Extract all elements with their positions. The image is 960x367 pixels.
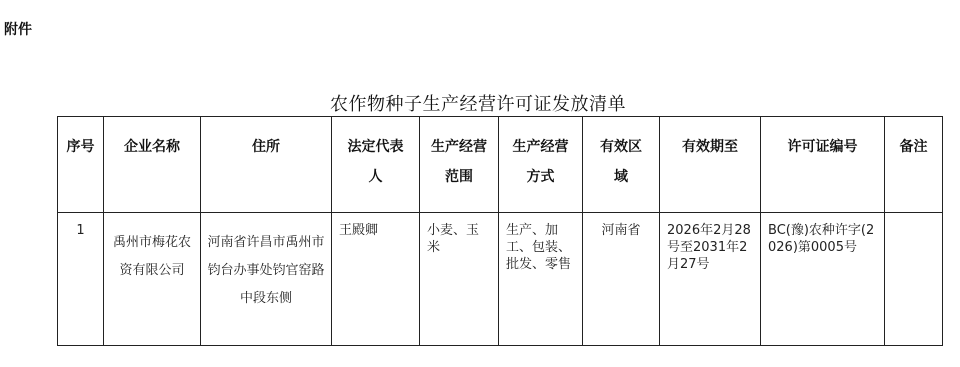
col-header-index: 序号 xyxy=(58,117,104,213)
cell-address: 河南省许昌市禹州市钧台办事处钧官窑路中段东侧 xyxy=(201,213,332,346)
cell-legal-rep: 王殿卿 xyxy=(332,213,420,346)
col-header-address: 住所 xyxy=(201,117,332,213)
col-header-legal-rep: 法定代表 人 xyxy=(332,117,420,213)
col-header-mode: 生产经营 方式 xyxy=(499,117,583,213)
table-header-row: 序号 企业名称 住所 法定代表 人 生产经营 范围 生产经营 方式 有效区 域 … xyxy=(58,117,943,213)
license-table: 序号 企业名称 住所 法定代表 人 生产经营 范围 生产经营 方式 有效区 域 … xyxy=(57,116,943,346)
cell-region: 河南省 xyxy=(583,213,660,346)
cell-company: 禹州市梅花农资有限公司 xyxy=(104,213,201,346)
attachment-label: 附件 xyxy=(4,19,32,39)
col-header-license-no: 许可证编号 xyxy=(761,117,885,213)
col-header-valid-until: 有效期至 xyxy=(660,117,761,213)
document-title: 农作物种子生产经营许可证发放清单 xyxy=(330,90,670,116)
col-header-remarks: 备注 xyxy=(885,117,943,213)
cell-license-no: BC(豫)农种许字(2026)第0005号 xyxy=(761,213,885,346)
col-header-scope: 生产经营 范围 xyxy=(420,117,499,213)
cell-scope: 小麦、玉米 xyxy=(420,213,499,346)
cell-valid-until: 2026年2月28号至2031年2月27号 xyxy=(660,213,761,346)
cell-index: 1 xyxy=(58,213,104,346)
col-header-company: 企业名称 xyxy=(104,117,201,213)
cell-remarks xyxy=(885,213,943,346)
col-header-region: 有效区 域 xyxy=(583,117,660,213)
table-row: 1 禹州市梅花农资有限公司 河南省许昌市禹州市钧台办事处钧官窑路中段东侧 王殿卿… xyxy=(58,213,943,346)
cell-mode: 生产、加工、包装、批发、零售 xyxy=(499,213,583,346)
